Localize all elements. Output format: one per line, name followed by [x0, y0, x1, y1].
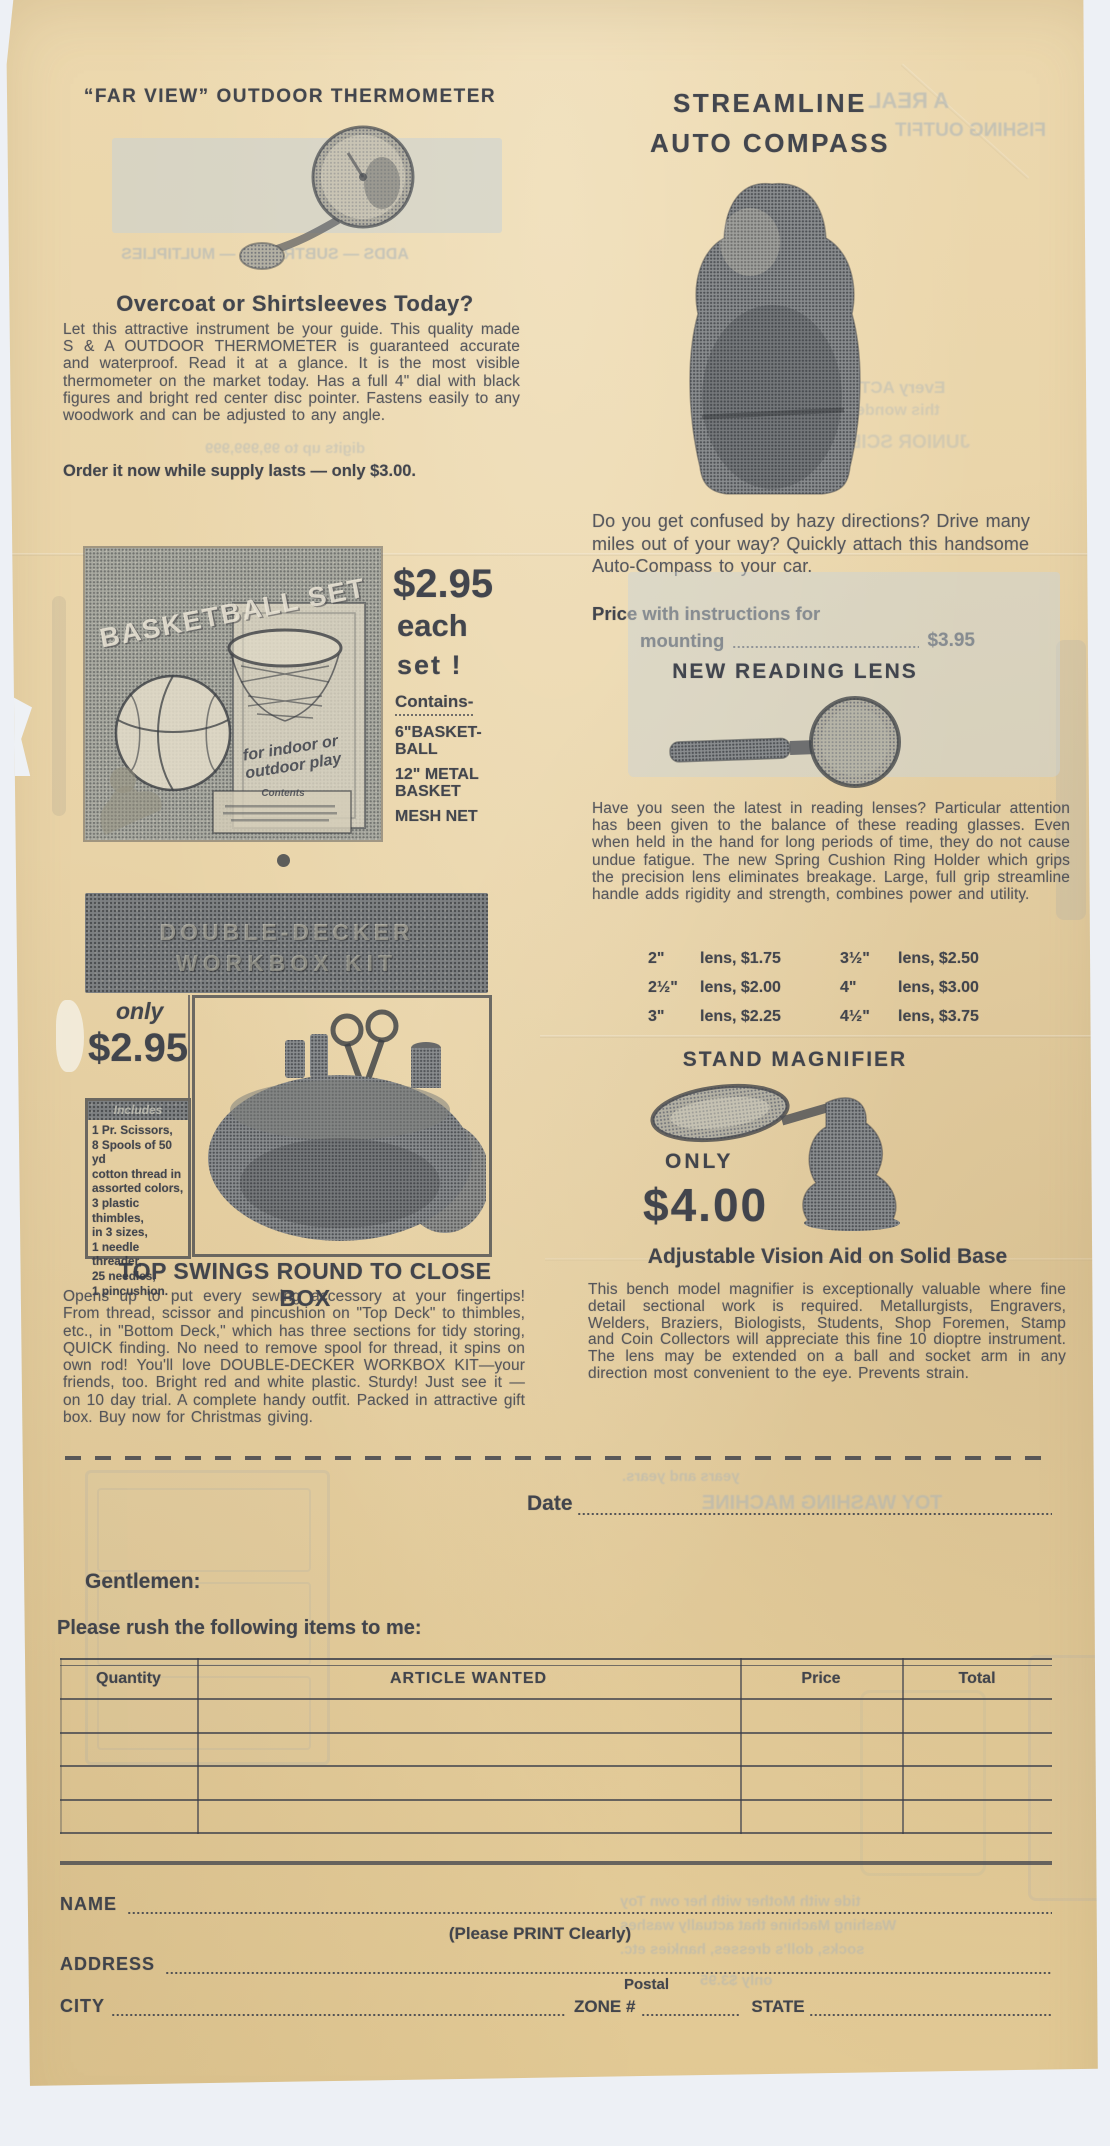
date-line — [577, 1498, 1052, 1516]
table-bottom-rule — [60, 1861, 1052, 1865]
print-clearly-note: (Please PRINT Clearly) — [360, 1924, 720, 1944]
auto-compass-illustration — [672, 172, 872, 507]
workbox-frame-line — [188, 995, 190, 1098]
table-header-total: Total — [902, 1670, 1052, 1688]
workbox-banner: DOUBLE-DECKER WORKBOX KIT — [85, 893, 488, 993]
lens-price: lens, $2.25 — [700, 1008, 840, 1026]
reading-lens-illustration — [640, 690, 1060, 790]
workbox-banner-line1: DOUBLE-DECKER — [85, 919, 488, 946]
scanned-catalog-page: A REAL FISHING OUTFIT ADDS — SUBTRACTS —… — [0, 0, 1110, 2146]
edge-smudge — [52, 596, 66, 816]
name-line — [127, 1897, 1052, 1915]
table-header-quantity: Quantity — [60, 1670, 197, 1688]
lens-size: 4" — [840, 979, 898, 997]
lens-price-row: 2½" lens, $2.00 4" lens, $3.00 — [648, 979, 1038, 997]
paper-sheet: A REAL FISHING OUTFIT ADDS — SUBTRACTS —… — [0, 0, 1110, 2146]
basketball-price-set: set ! — [397, 650, 463, 681]
lens-price: lens, $2.00 — [700, 979, 840, 997]
city-label: CITY — [60, 1996, 105, 2017]
reading-lens-body: Have you seen the latest in reading lens… — [592, 800, 1070, 903]
zone-label: ZONE # — [574, 1997, 635, 2017]
lens-size: 2" — [648, 950, 700, 968]
address-label: ADDRESS — [60, 1954, 155, 1975]
table-column-line — [60, 1658, 62, 1834]
fold-crease — [540, 1035, 1095, 1038]
magnifier-body: This bench model magnifier is exceptiona… — [588, 1282, 1066, 1383]
basketball-item: 12" METAL BASKET — [395, 766, 507, 800]
bleed-text: years and years. — [622, 1468, 740, 1485]
thermometer-heading: Overcoat or Shirtsleeves Today? — [70, 291, 520, 317]
thermometer-section-title: “FAR VIEW” OUTDOOR THERMOMETER — [75, 86, 505, 108]
table-column-line — [740, 1658, 742, 1834]
thermometer-body: Let this attractive instrument be your g… — [63, 321, 520, 424]
name-label: NAME — [60, 1894, 117, 1915]
bleed-text: digits up to 99,999,999 — [205, 440, 365, 457]
thermometer-order-line: Order it now while supply lasts — only $… — [63, 462, 520, 481]
lens-price-row: 2" lens, $1.75 3½" lens, $2.50 — [648, 950, 1038, 968]
name-row: NAME — [60, 1894, 1052, 1915]
salutation: Gentlemen: — [85, 1570, 201, 1594]
workbox-illustration-frame — [192, 995, 492, 1257]
workbox-price: $2.95 — [88, 1026, 188, 1071]
lens-size: 4½" — [840, 1008, 898, 1026]
basketball-item: 6"BASKET-BALL — [395, 724, 507, 758]
magnifier-price: $4.00 — [643, 1178, 768, 1232]
lens-price: lens, $1.75 — [700, 950, 840, 968]
basketball-price-each: each — [397, 608, 468, 644]
compass-title-line1: STREAMLINE — [625, 88, 915, 119]
lens-price-table: 2" lens, $1.75 3½" lens, $2.50 2½" lens,… — [648, 950, 1038, 1026]
basketball-contents-label: Contents — [243, 788, 323, 799]
workbox-body: Opens up to put every sewing accessory a… — [63, 1288, 525, 1426]
table-header-article: ARTICLE WANTED — [197, 1670, 740, 1688]
table-header-price: Price — [740, 1670, 902, 1688]
stand-magnifier-title: STAND MAGNIFIER — [620, 1048, 970, 1072]
lens-size: 3" — [648, 1008, 700, 1026]
address-row: ADDRESS — [60, 1954, 1052, 1975]
address-line — [165, 1957, 1052, 1975]
lens-price: lens, $3.00 — [898, 979, 979, 997]
basketball-item: MESH NET — [395, 808, 507, 825]
zone-line — [641, 1999, 741, 2017]
table-column-line — [902, 1658, 904, 1834]
workbox-includes-box: Includes 1 Pr. Scissors, 8 Spools of 50 … — [85, 1098, 191, 1259]
magnifier-subtitle: Adjustable Vision Aid on Solid Base — [600, 1245, 1055, 1269]
lens-size: 2½" — [648, 979, 700, 997]
compass-body: Do you get confused by hazy directions? … — [592, 510, 1062, 578]
cut-line — [65, 1456, 1050, 1460]
lens-price: lens, $2.50 — [898, 950, 979, 968]
reading-lens-title: NEW READING LENS — [600, 660, 990, 684]
torn-edge-notch — [0, 688, 32, 776]
workbox-illustration — [195, 998, 486, 1251]
section-divider-dot — [277, 854, 290, 867]
table-column-line — [197, 1658, 199, 1834]
basketball-contains-label: Contains- — [395, 692, 473, 716]
date-row: Date — [527, 1492, 1052, 1516]
postal-label: Postal — [624, 1976, 669, 1993]
magnifier-only-label: ONLY — [665, 1150, 733, 1174]
state-line — [809, 1999, 1052, 2017]
city-row: CITY ZONE # STATE — [60, 1996, 1052, 2017]
city-line — [111, 1999, 566, 2017]
workbox-only-label: only — [116, 998, 163, 1025]
compass-title-line2: AUTO COMPASS — [600, 128, 940, 159]
date-label: Date — [527, 1492, 573, 1516]
state-label: STATE — [751, 1997, 804, 2017]
basketball-items-list: 6"BASKET-BALL 12" METAL BASKET MESH NET — [395, 724, 507, 825]
order-table: Quantity ARTICLE WANTED Price Total — [60, 1658, 1052, 1868]
lens-price: lens, $3.75 — [898, 1008, 979, 1026]
lens-size: 3½" — [840, 950, 898, 968]
basketball-set-illustration: BASKETBALL SET for indoor or outdoor pla… — [85, 548, 381, 840]
workbox-includes-label: Includes — [88, 1101, 188, 1120]
basketball-price: $2.95 — [393, 562, 493, 607]
abraded-spot — [56, 1000, 84, 1072]
lens-price-row: 3" lens, $2.25 4½" lens, $3.75 — [648, 1008, 1038, 1026]
workbox-banner-line2: WORKBOX KIT — [85, 950, 488, 977]
request-line: Please rush the following items to me: — [57, 1617, 422, 1640]
